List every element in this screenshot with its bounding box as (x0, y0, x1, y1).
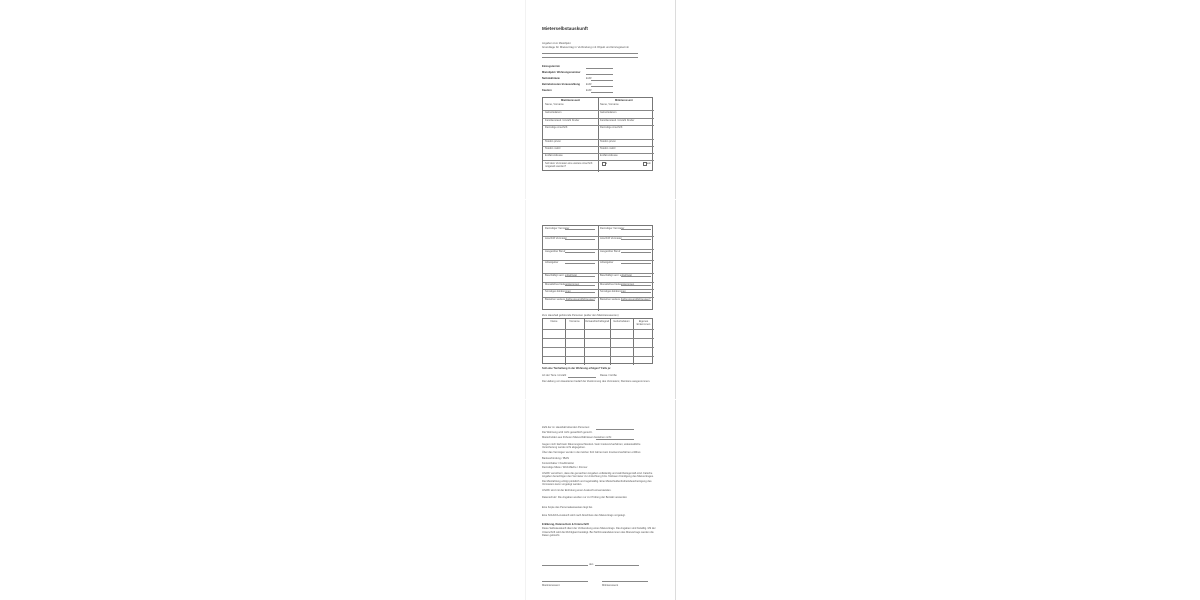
table-cell-label: Telefon mobil (545, 147, 560, 150)
input-line[interactable] (621, 292, 651, 293)
intro-text: Grundlage für Mietvertrag in Verbindung … (542, 46, 629, 49)
pets-note: Die Haltung von Haustieren bedarf der Zu… (542, 380, 654, 383)
employment-table: Derzeitiger VermieterDerzeitiger Vermiet… (542, 225, 653, 310)
applicant-table: Mietinteressent Mitinteressent Name, Vor… (542, 97, 653, 171)
input-line[interactable] (565, 285, 595, 286)
column-header: Eigenes Einkommen (634, 320, 653, 326)
declaration-line: Eine Kopie des Personalausweises liegt b… (542, 506, 593, 509)
input-line[interactable] (565, 292, 595, 293)
declaration-line: Eine SCHUFA-Auskunft wird nach Abschluss… (542, 514, 656, 517)
page-1: Mieterselbstauskunft Angaben zum Mietobj… (525, 0, 675, 199)
field-input-line[interactable] (591, 80, 613, 81)
input-line[interactable] (621, 263, 651, 264)
place-date-separator: den (589, 563, 593, 566)
field-input-line[interactable] (591, 86, 613, 87)
checkbox-no-label: nein (646, 162, 651, 165)
declaration-line: Die Wohnung wird nicht gewerblich genutz… (542, 431, 592, 434)
table-cell-label: E-Mail-Adresse (600, 154, 618, 157)
input-line[interactable] (621, 285, 651, 286)
input-line[interactable] (565, 263, 595, 264)
row-divider (543, 160, 654, 161)
page-2: Derzeitiger VermieterDerzeitiger Vermiet… (525, 200, 675, 399)
column-header-applicant: Mietinteressent (561, 99, 580, 102)
document-viewer: Mieterselbstauskunft Angaben zum Mietobj… (0, 0, 1200, 600)
pets-label: Art der Tiere / Anzahl (542, 374, 566, 377)
pets-input-line[interactable] (568, 377, 596, 378)
table-cell-label: Telefon privat (545, 140, 560, 143)
table-cell-label: Familienstand / Anzahl Kinder (600, 119, 634, 122)
page-border (675, 200, 676, 399)
input-line[interactable] (621, 229, 651, 230)
input-line[interactable] (596, 429, 634, 430)
input-line[interactable] (565, 300, 595, 301)
field-label: Kaution (542, 89, 552, 92)
column-header: Vorname (566, 320, 583, 323)
signature-label-applicant: Mietinteressent (542, 584, 560, 587)
row-divider (543, 273, 654, 274)
column-header: Name (544, 320, 564, 323)
declaration-line: Datenschutz: Die Angaben werden nur zur … (542, 496, 656, 499)
row-divider (543, 249, 654, 250)
column-divider (584, 319, 585, 365)
input-line[interactable] (565, 229, 595, 230)
table-cell-label: E-Mail-Adresse (545, 154, 563, 157)
column-divider (633, 319, 634, 365)
occupants-heading: Zum Haushalt gehörende Personen (außer d… (542, 314, 619, 317)
pets-suffix: Rasse / Größe (600, 374, 617, 377)
signature-label-coapplicant: Mitinteressent (602, 584, 618, 587)
column-divider (565, 319, 566, 365)
row-divider (543, 338, 654, 339)
row-divider (543, 347, 654, 348)
field-label: Mietobjekt / Wohnungsnummer (542, 71, 581, 74)
column-header: Geburtsdatum (611, 320, 632, 323)
row-divider (543, 153, 654, 154)
table-cell-label: Derzeitige Anschrift (600, 126, 622, 129)
input-line[interactable] (542, 57, 638, 58)
pets-heading: Soll eine Tierhaltung in der Wohnung erf… (542, 367, 611, 370)
table-cell-label: Telefon privat (600, 140, 615, 143)
document-title: Mieterselbstauskunft (542, 26, 588, 31)
field-input-line[interactable] (586, 68, 613, 69)
table-cell-label: Familienstand / Anzahl Kinder (545, 119, 579, 122)
table-cell-label: Derzeitige Anschrift (545, 126, 567, 129)
consent-heading: Erklärung, Datenschutz & Unterschrift (542, 523, 589, 526)
row-divider (543, 125, 654, 126)
input-line[interactable] (565, 252, 595, 253)
row-divider (543, 356, 654, 357)
table-cell-label: Name, Vorname (600, 103, 619, 106)
column-header: Verwandtschaftsgrad (585, 320, 609, 323)
input-line[interactable] (621, 252, 651, 253)
input-line[interactable] (542, 53, 638, 54)
declaration-line: Über das Vermögen wurde in den letzten f… (542, 451, 656, 454)
input-line[interactable] (621, 239, 651, 240)
row-divider (543, 289, 654, 290)
checkbox-yes-label: ja (605, 162, 607, 165)
row-divider (543, 139, 654, 140)
declaration-line: Kontoinhaber / Kreditinstitut (542, 462, 574, 465)
page-border (675, 400, 676, 600)
signature-line-coapplicant[interactable] (602, 581, 648, 582)
row-divider (543, 297, 654, 298)
declaration-line: Ich/Wir versichern, dass die gemachten A… (542, 472, 656, 478)
declaration-line: Gegen mich läuft kein Räumungsrechtsstre… (542, 443, 656, 449)
row-divider (543, 236, 654, 237)
row-divider (543, 118, 654, 119)
input-line[interactable] (565, 276, 595, 277)
table-cell-label: Name, Vorname (545, 103, 564, 106)
occupants-table: NameVornameVerwandtschaftsgradGeburtsdat… (542, 318, 653, 364)
consent-text: Diese Selbstauskunft dient der Vorbereit… (542, 527, 656, 538)
column-divider (610, 319, 611, 365)
input-line[interactable] (621, 276, 651, 277)
row-divider (543, 110, 654, 111)
table-cell-label: Geburtsdatum (600, 111, 616, 114)
date-line[interactable] (595, 565, 639, 566)
table-cell-label: Telefon mobil (600, 147, 615, 150)
row-divider (543, 260, 654, 261)
table-cell-label: Geburtsdatum (545, 111, 561, 114)
field-input-line[interactable] (591, 92, 613, 93)
field-label: Nettokaltmiete (542, 77, 560, 80)
declaration-line: Die Mietzahlung erfolgt pünktlich und re… (542, 480, 656, 486)
row-divider (543, 146, 654, 147)
page-3: Erklärung, Datenschutz & Unterschrift Di… (525, 400, 675, 600)
declaration-line: Derzeitige Miete / Wohnfläche / Zimmer (542, 466, 588, 469)
input-line[interactable] (565, 239, 595, 240)
input-line[interactable] (621, 300, 651, 301)
place-line[interactable] (542, 565, 588, 566)
row-divider (543, 282, 654, 283)
input-line[interactable] (596, 439, 634, 440)
declaration-line: Ich/Wir sind mit der Einholung einer Aus… (542, 489, 611, 492)
row-divider (543, 329, 654, 330)
declaration-line: Zahl der im Haushalt lebenden Personen: (542, 426, 590, 429)
field-label: Einzugstermin (542, 65, 560, 68)
signature-line-applicant[interactable] (542, 581, 588, 582)
field-input-line[interactable] (586, 74, 613, 75)
page-border (675, 0, 676, 199)
declaration-line: Bankverbindung / IBAN (542, 457, 569, 460)
question-text: Soll dem Vermieter eine weitere Anschrif… (545, 162, 595, 168)
column-header-coapplicant: Mitinteressent (615, 99, 633, 102)
field-label: Betriebskosten-Vorauszahlung (542, 83, 580, 86)
